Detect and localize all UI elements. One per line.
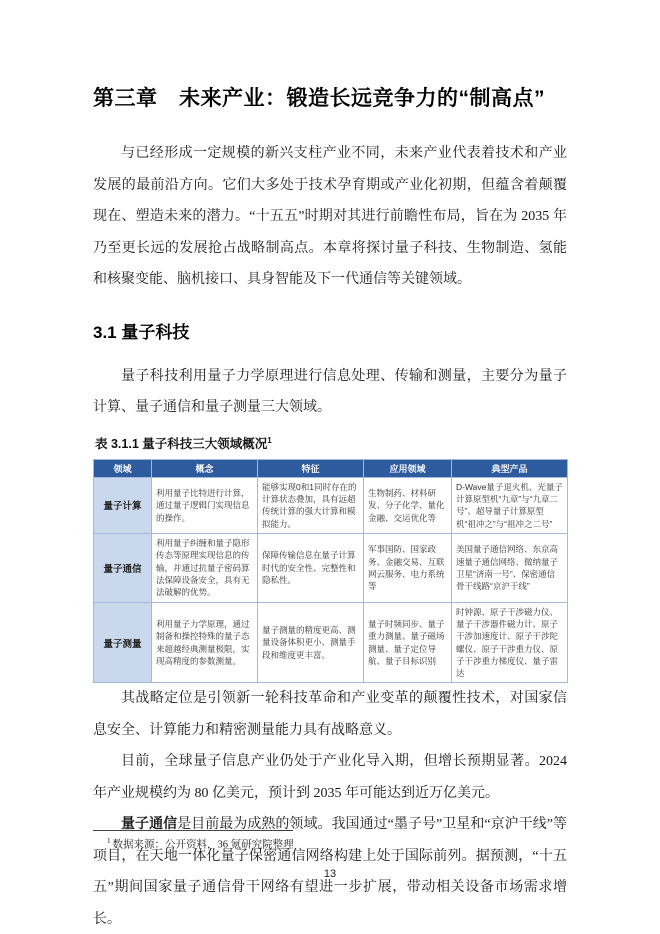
footnote-text: 数据来源：公开资料，36 氪研究院整理 [113, 840, 294, 851]
row-products-cell: 美国量子通信网络、东京高速量子通信网络、微纳量子卫星“济南一号”、保密通信骨干线… [452, 534, 568, 603]
row-feature-cell: 量子测量的精度更高、测量设备体积更小、测量手段和维度更丰富。 [258, 602, 364, 683]
column-header-concept: 概念 [152, 459, 258, 477]
table-header-row: 领域 概念 特征 应用领域 典型产品 [94, 459, 568, 477]
footnote-number: 1 [107, 837, 111, 845]
row-feature-cell: 保障传输信息在量子计算时代的安全性、完整性和隐私性。 [258, 534, 364, 603]
row-products-cell: D-Wave量子退火机、光量子计算原型机“九章”与“九章二号”、超导量子计算原型… [452, 477, 568, 533]
column-header-applications: 应用领域 [364, 459, 452, 477]
strategy-paragraph: 其战略定位是引领新一轮科技革命和产业变革的颠覆性技术，对国家信息安全、计算能力和… [93, 683, 567, 746]
table-row: 量子测量 利用量子力学原理，通过制备和操控特殊的量子态来超越经典测量极限，实现高… [94, 602, 568, 683]
footnote-divider [93, 830, 293, 831]
row-applications-cell: 生物制药、材料研发、分子化学、量化金融、交运优化等 [364, 477, 452, 533]
document-page: 第三章 未来产业：锻造长远竞争力的“制高点” 与已经形成一定规模的新兴支柱产业不… [0, 0, 660, 934]
row-applications-cell: 军事国防、国家政务、金融交易、互联网云服务、电力系统等 [364, 534, 452, 603]
row-concept-cell: 利用量子力学原理，通过制备和操控特殊的量子态来超越经典测量极限，实现高精度的参数… [152, 602, 258, 683]
row-domain-label: 量子计算 [94, 477, 152, 533]
column-header-products: 典型产品 [452, 459, 568, 477]
column-header-domain: 领域 [94, 459, 152, 477]
column-header-feature: 特征 [258, 459, 364, 477]
table-row: 量子计算 利用量子比特进行计算，通过量子逻辑门实现信息的操作。 能够实现0和1同… [94, 477, 568, 533]
market-paragraph: 目前，全球量子信息产业仍处于产业化导入期，但增长预期显著。2024 年产业规模约… [93, 746, 567, 809]
section-title: 3.1 量子科技 [93, 318, 567, 343]
row-concept-cell: 利用量子比特进行计算，通过量子逻辑门实现信息的操作。 [152, 477, 258, 533]
table-caption-text: 表 3.1.1 量子科技三大领域概况 [95, 437, 267, 451]
table-caption-footnote-ref: 1 [267, 436, 271, 445]
table-caption: 表 3.1.1 量子科技三大领域概况1 [95, 434, 567, 452]
page-number: 13 [0, 868, 660, 880]
row-products-cell: 时钟源、原子干涉磁力仪、量子干涉器件磁力计、原子干涉加速度计、原子干涉陀螺仪、原… [452, 602, 568, 683]
table-row: 量子通信 利用量子纠缠和量子隐形传态等原理实现信息的传输，并通过抗量子密码算法保… [94, 534, 568, 603]
row-concept-cell: 利用量子纠缠和量子隐形传态等原理实现信息的传输，并通过抗量子密码算法保障设备安全… [152, 534, 258, 603]
row-domain-label: 量子测量 [94, 602, 152, 683]
chapter-title: 第三章 未来产业：锻造长远竞争力的“制高点” [93, 85, 567, 112]
row-applications-cell: 量子时频同步、量子重力测量、量子磁场测量、量子定位导航、量子目标识别 [364, 602, 452, 683]
chapter-intro-paragraph: 与已经形成一定规模的新兴支柱产业不同，未来产业代表着技术和产业发展的最前沿方向。… [93, 138, 567, 296]
quantum-domains-table: 领域 概念 特征 应用领域 典型产品 量子计算 利用量子比特进行计算，通过量子逻… [93, 459, 568, 684]
footnote: 1数据来源：公开资料，36 氪研究院整理 [93, 830, 567, 853]
section-intro-paragraph: 量子科技利用量子力学原理进行信息处理、传输和测量，主要分为量子计算、量子通信和量… [93, 361, 567, 424]
row-domain-label: 量子通信 [94, 534, 152, 603]
row-feature-cell: 能够实现0和1同时存在的计算状态叠加，具有远超传统计算的强大计算和模拟能力。 [258, 477, 364, 533]
